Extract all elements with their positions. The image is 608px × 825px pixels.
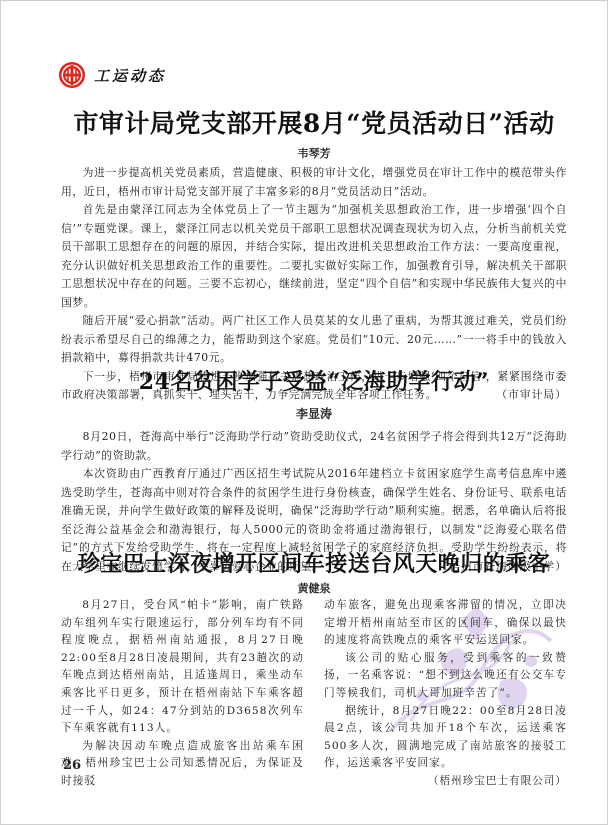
article-paragraph: 为解决因动车晚点造成旅客出站乘车困难，梧州珍宝巴士公司知悉情况后，为保证及时接驳 <box>61 738 304 791</box>
article-zhenbao-bus: 珍宝巴士深夜增开区间车接送台风天晚归的乘客 黄健泉 8月27日，受台风“帕卡”影… <box>61 549 567 791</box>
article-audit-bureau: 市审计局党支部开展8月“党员活动日”活动 韦琴芳 为进一步提高机关党员素质，营造… <box>61 107 567 405</box>
article-paragraph: 8月20日，苍海高中举行“泛海助学行动”资助受助仪式，24名贫困学子将会得到共1… <box>61 428 567 465</box>
article-author: 黄健泉 <box>61 580 567 596</box>
article-paragraph: 该公司的贴心服务，受到乘客的一致赞扬，一名乘客说：“想不到这么晚还有公交车专门等… <box>324 650 567 703</box>
article-title: 市审计局党支部开展8月“党员活动日”活动 <box>61 107 567 141</box>
article-fanhai-aid: 24名贫困学子受益“泛海助学行动” 李显涛 8月20日，苍海高中举行“泛海助学行… <box>61 367 567 576</box>
page-number: 26 <box>63 758 81 773</box>
article-paragraph: 据统计，8月27日晚22：00至8月28日凌晨2点，该公司共加开18个车次，运送… <box>324 703 567 773</box>
article-source: （梧州珍宝巴士有限公司） <box>407 773 567 791</box>
article-paragraph: 8月27日，受台风“帕卡”影响，南广铁路动车组列车实行限速运行，部分列车均有不同… <box>61 597 304 738</box>
column-right: 动车旅客，避免出现乘客滞留的情况，立即决定增开梧州南站至市区的区间车，确保以最快… <box>324 597 567 791</box>
article-paragraph-text: 据统计，8月27日晚22：00至8月28日凌晨2点，该公司共加开18个车次，运送… <box>324 705 567 770</box>
article-title: 24名贫困学子受益“泛海助学行动” <box>61 367 567 397</box>
union-logo-icon <box>58 61 86 89</box>
article-author: 韦琴芳 <box>61 145 567 161</box>
article-paragraph: 随后开展“爱心捐款”活动。两广社区工作人员莫某的女儿患了重病，为帮其渡过难关，党… <box>61 312 567 368</box>
article-paragraph: 动车旅客，避免出现乘客滞留的情况，立即决定增开梧州南站至市区的区间车，确保以最快… <box>324 597 567 650</box>
article-author: 李显涛 <box>61 405 567 422</box>
article-paragraph: 首先是由蒙泽江同志为全体党员上了一节主题为“加强机关思想政治工作，进一步增强‘四… <box>61 201 567 312</box>
section-label: 工运动态 <box>94 65 166 86</box>
article-title: 珍宝巴士深夜增开区间车接送台风天晚归的乘客 <box>61 549 567 579</box>
column-left: 8月27日，受台风“帕卡”影响，南广铁路动车组列车实行限速运行，部分列车均有不同… <box>61 597 304 791</box>
page-header: 工运动态 <box>58 61 166 89</box>
two-column-body: 8月27日，受台风“帕卡”影响，南广铁路动车组列车实行限速运行，部分列车均有不同… <box>61 597 567 791</box>
article-paragraph: 为进一步提高机关党员素质，营造健康、积极的审计文化，增强党员在审计工作中的模范带… <box>61 164 567 201</box>
magazine-page: 工运动态 市审计局党支部开展8月“党员活动日”活动 韦琴芳 为进一步提高机关党员… <box>0 0 608 825</box>
